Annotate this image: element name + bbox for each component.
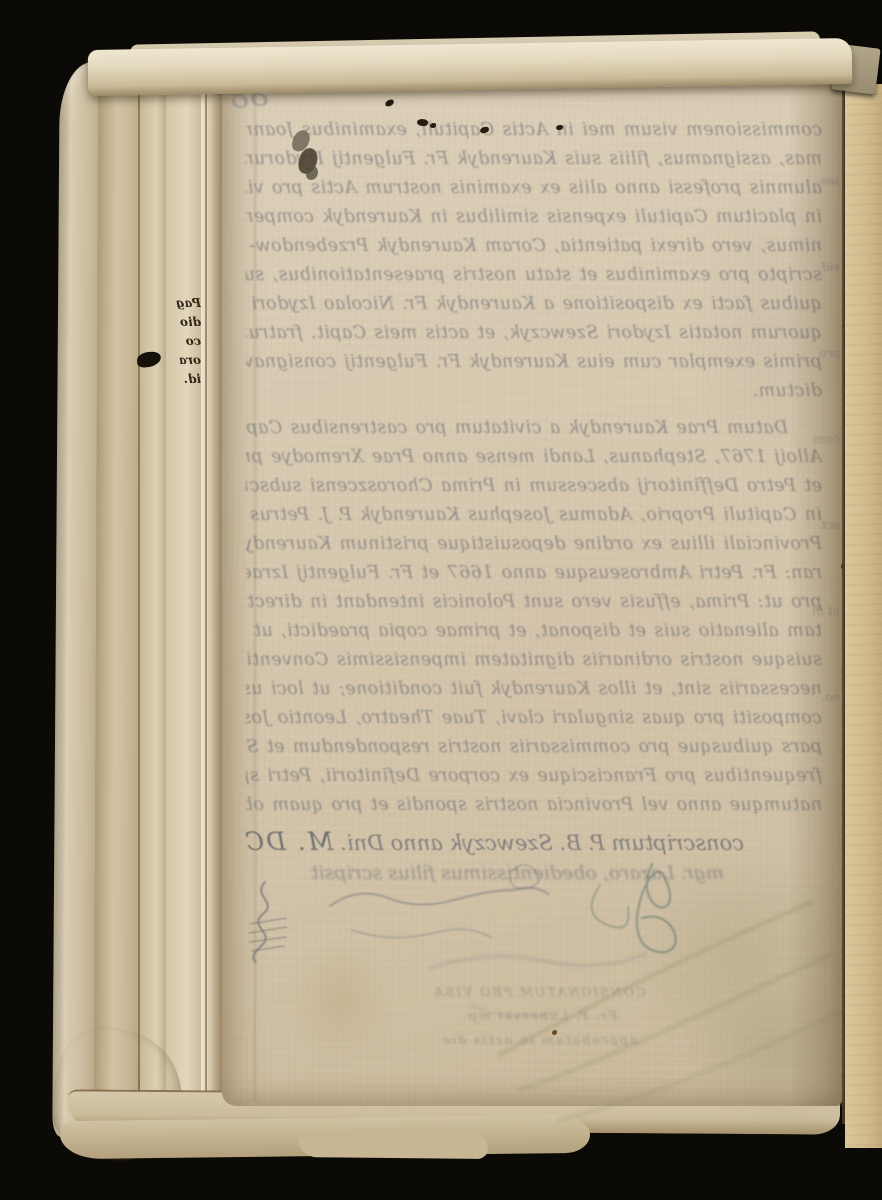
margin-note-fragment: id. xyxy=(163,370,201,389)
bleedthrough-line: et Petro Deffinitorij abscessum in Prima… xyxy=(246,472,822,501)
gutter-shadow xyxy=(788,68,844,1106)
bleedthrough-line: pro ut: Prima, effusis vero sunt Polonic… xyxy=(246,588,822,617)
dateline-prefix: conscriptum P. B. Szewczyk anno Dni. xyxy=(334,831,744,855)
bleedthrough-line: pars quibusque pro commissariis nostris … xyxy=(246,733,822,762)
dateline-year: M. DCC. II. xyxy=(246,827,334,856)
bleedthrough-line: scripto pro examinibus et statu nostris … xyxy=(246,261,822,290)
bleedthrough-line: suisque nostris ordinariis dignitatem im… xyxy=(246,646,822,675)
margin-note-fragment: Pag xyxy=(163,294,201,313)
margin-note-fragment: co xyxy=(163,332,201,351)
adjacent-page-edge xyxy=(845,84,882,1148)
fore-edge-leaf-3 xyxy=(140,62,169,1137)
bleedthrough-line: dictum. xyxy=(246,377,822,406)
bleedthrough-line: Datum Prae Kaurendyk a civitatum pro cas… xyxy=(246,414,822,443)
paper-stain xyxy=(292,942,387,1057)
faint-line: Fr. P. Luberski mp. xyxy=(424,1004,654,1028)
faint-line: CONSIGNATUM PRO VISA xyxy=(424,980,654,1004)
bleedthrough-paragraph-1: commissionem visum mei in Actis Capituli… xyxy=(246,116,822,406)
bleedthrough-line: commissionem visum mei in Actis Capituli… xyxy=(246,116,822,145)
bleedthrough-line: nimus, vero direxi patientia, Coram Kaur… xyxy=(246,232,822,261)
bleedthrough-line: necessariis sint, et illos Kaurendyk fui… xyxy=(246,675,822,704)
bleedthrough-line: natumque anno vel Provincia nostris spon… xyxy=(246,791,822,820)
margin-note-bleedthrough: Pagdiocooraid. xyxy=(163,294,201,389)
bleedthrough-line: tam alienatio suis et disponat, et prima… xyxy=(246,617,822,646)
bleedthrough-dateline: conscriptum P. B. Szewczyk anno Dni. M. … xyxy=(246,826,822,859)
bleedthrough-signature-line: mgr. Lazaro, obedientissimus filius scri… xyxy=(290,862,760,884)
bleedthrough-line: frequentibus pro Franciscique ex corpore… xyxy=(246,762,822,791)
page-crease xyxy=(138,70,140,1125)
bleedthrough-line: compositi pro quas singulari clavi, Tuae… xyxy=(246,704,822,733)
bleedthrough-line: Alloij 1767, Stephanus, Landi mense anno… xyxy=(246,443,822,472)
bottom-edge-leaf-3 xyxy=(298,1131,488,1159)
bleedthrough-line: ran: Fr. Petri Ambroseusque anno 1667 et… xyxy=(246,559,822,588)
bleedthrough-faint-block: CONSIGNATUM PRO VISAFr. P. Luberski mp.a… xyxy=(424,980,654,1052)
bleedthrough-line: primis exemplar cum eius Kaurendyk Fr. F… xyxy=(246,348,822,377)
margin-note-fragment: ora xyxy=(163,351,201,370)
bleedthrough-line: mas, assignamus, filiis suis Kaurendyk F… xyxy=(246,145,822,174)
fore-edge-leaf-4 xyxy=(166,62,204,1137)
bleedthrough-line: alumnis professi anno aliis ex examinis … xyxy=(246,174,822,203)
faint-line: approbatum in actis die xyxy=(424,1028,654,1052)
bleedthrough-line: in Capituli Proprio, Adamus Josephus Kau… xyxy=(246,501,822,530)
bleedthrough-line: quorum notatis Izydori Szewczyk, et acti… xyxy=(246,319,822,348)
bleedthrough-line: Provinciali illius ex ordine deposuistiq… xyxy=(246,530,822,559)
bleedthrough-line: in placitum Capituli expensis similibus … xyxy=(246,203,822,232)
bleedthrough-paragraph-2: Datum Prae Kaurendyk a civitatum pro cas… xyxy=(246,414,822,820)
manuscript-photo: 88 commissionem visum mei in Actis Capit… xyxy=(0,0,882,1200)
page-crease xyxy=(205,70,207,1125)
margin-note-fragment: dio xyxy=(163,313,201,332)
ink-speck xyxy=(556,125,563,130)
bleedthrough-line: quibus facti ex dispositione a Kaurendyk… xyxy=(246,290,822,319)
